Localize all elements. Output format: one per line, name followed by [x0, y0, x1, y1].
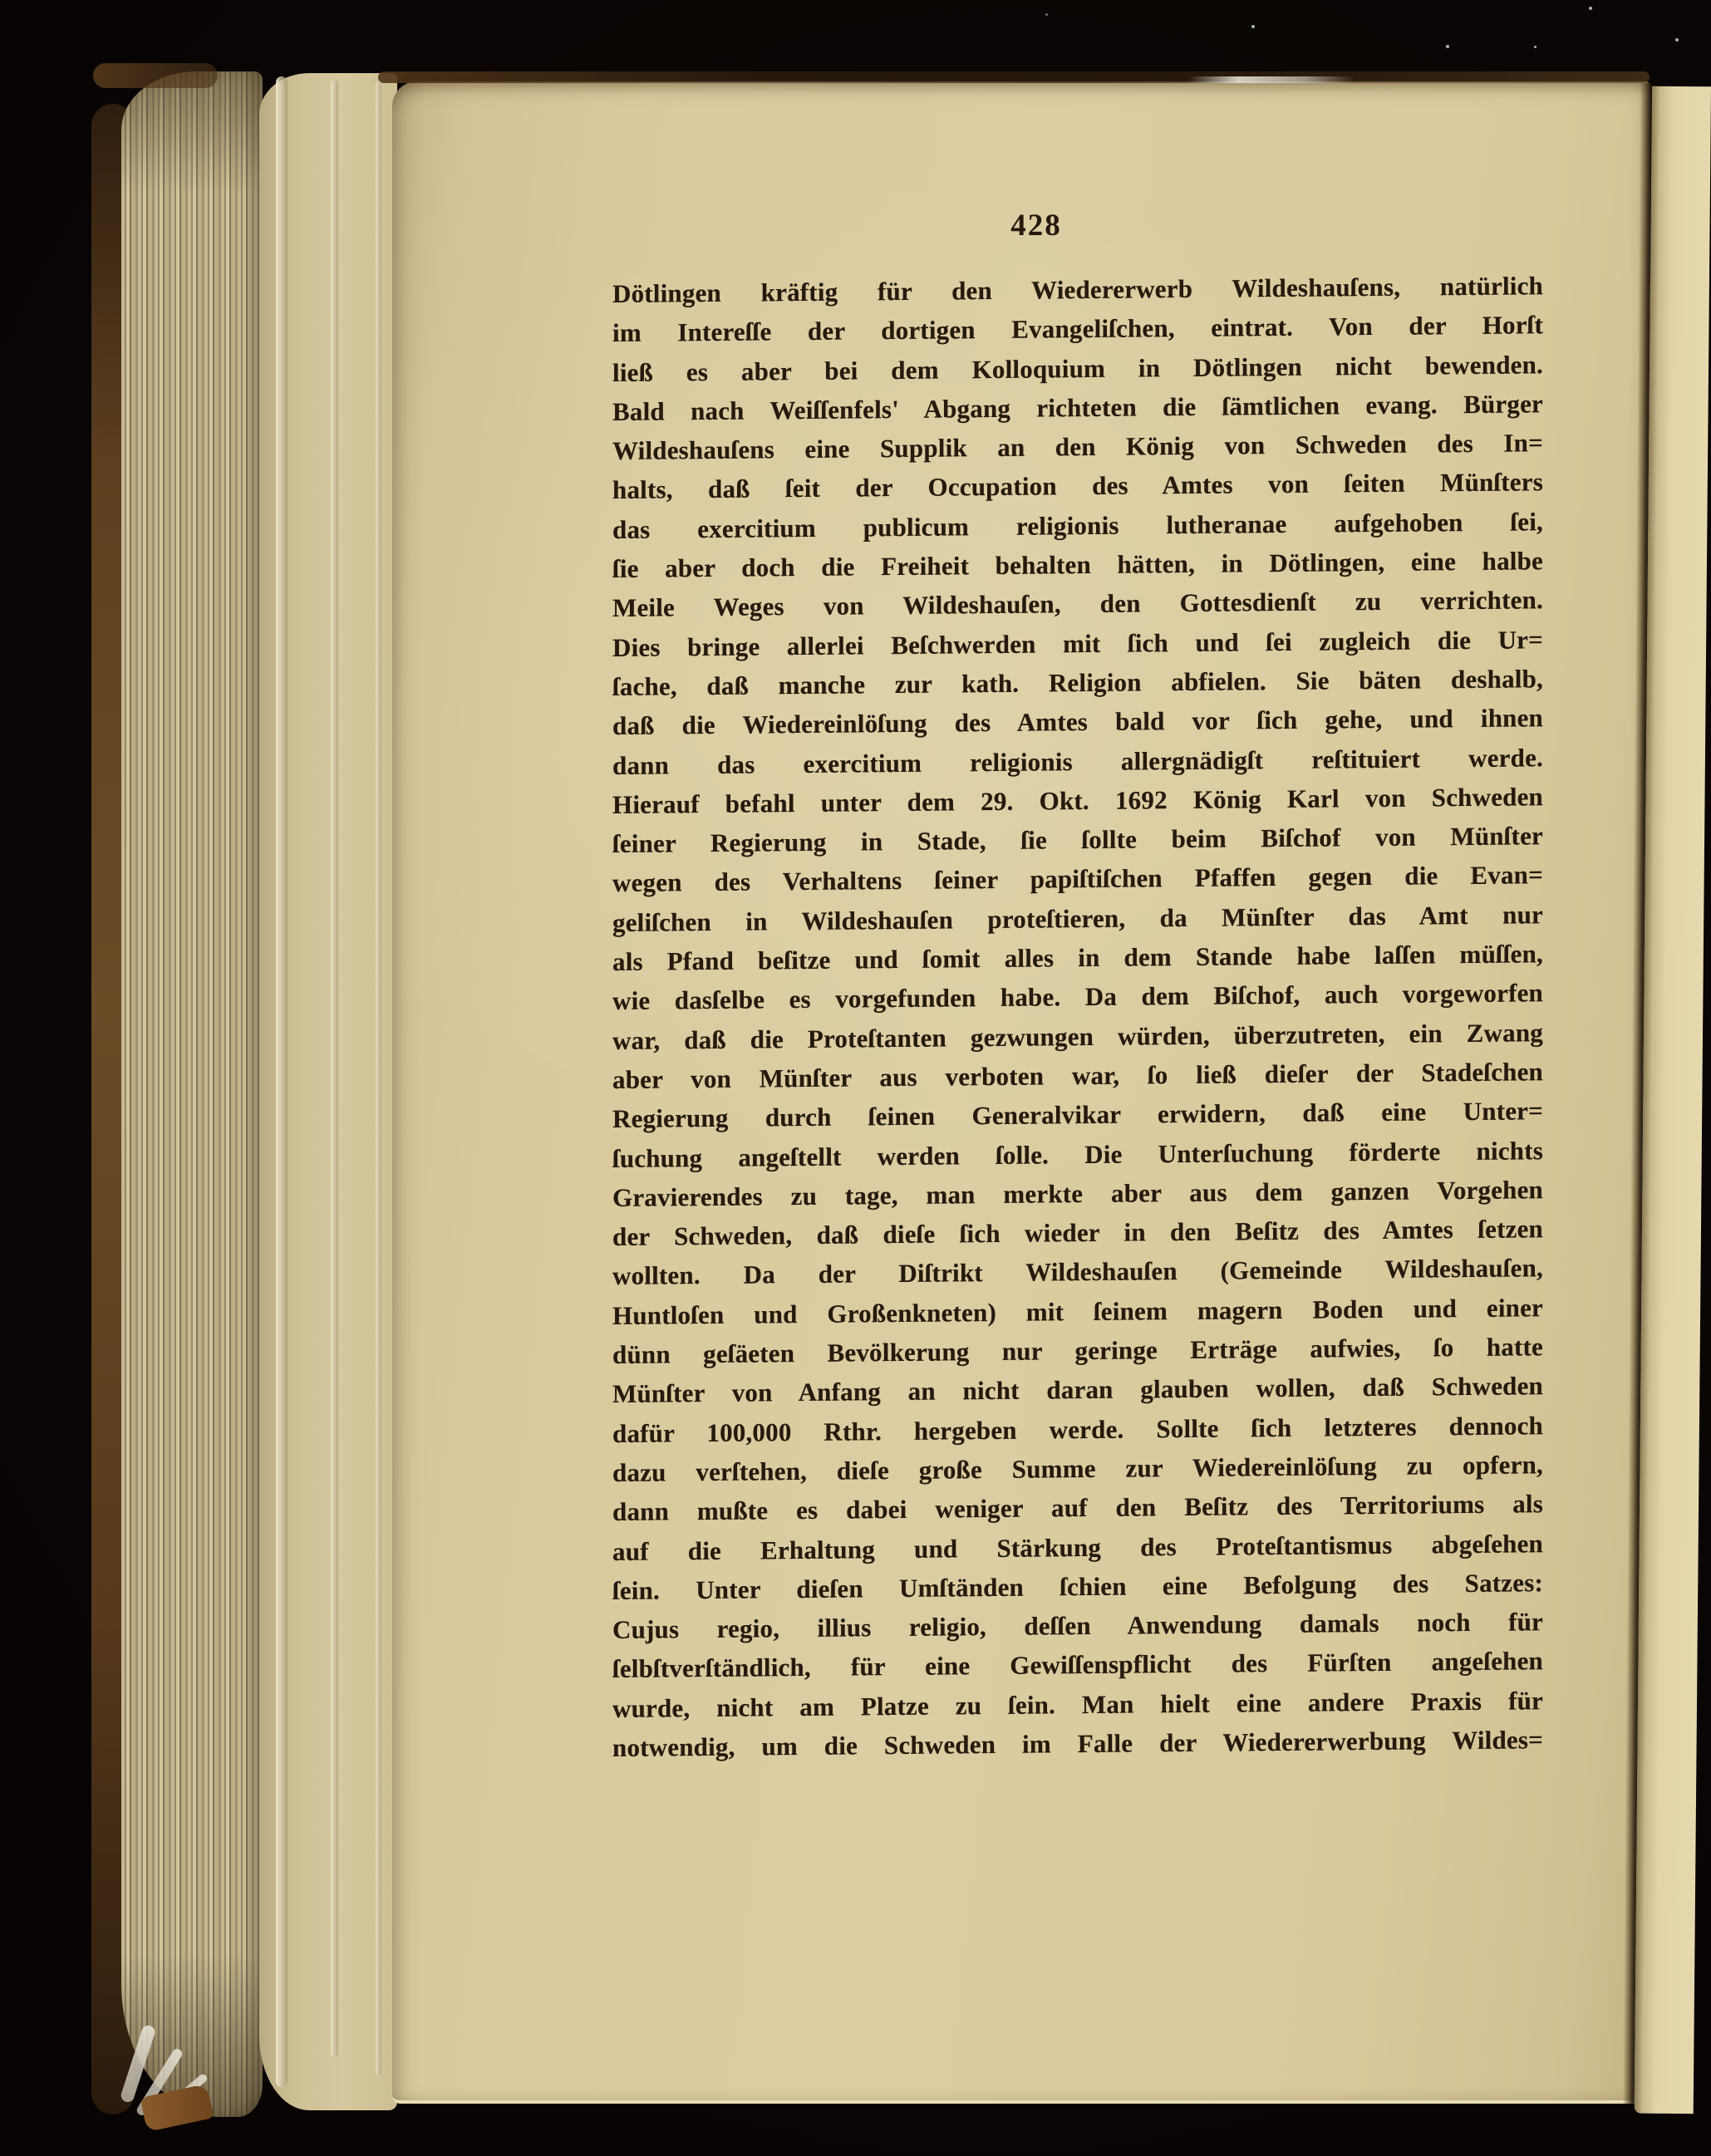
dust-speck	[1534, 46, 1536, 48]
dust-speck	[1589, 7, 1592, 10]
dust-speck	[1251, 25, 1255, 28]
dust-speck	[1045, 13, 1048, 16]
page-curl-highlight	[331, 80, 338, 2057]
page-curl-highlight	[376, 81, 381, 2075]
page-top-highlight	[1188, 76, 1355, 83]
dust-speck	[1675, 38, 1679, 42]
page-curl-highlight	[276, 76, 288, 2087]
text-block: Dötlingen kräftig für den Wiedererwerb W…	[612, 266, 1543, 1767]
page-edge-stack	[121, 71, 263, 2117]
dust-speck	[1446, 45, 1449, 48]
page-top-edge-debris	[378, 71, 1650, 83]
photo-background: 428 Dötlingen kräftig für den Wiedererwe…	[0, 0, 1711, 2156]
spine-top-debris	[93, 63, 218, 88]
page-number: 428	[965, 208, 1108, 243]
text-line: notwendig, um die Schweden im Falle der …	[612, 1720, 1543, 1767]
